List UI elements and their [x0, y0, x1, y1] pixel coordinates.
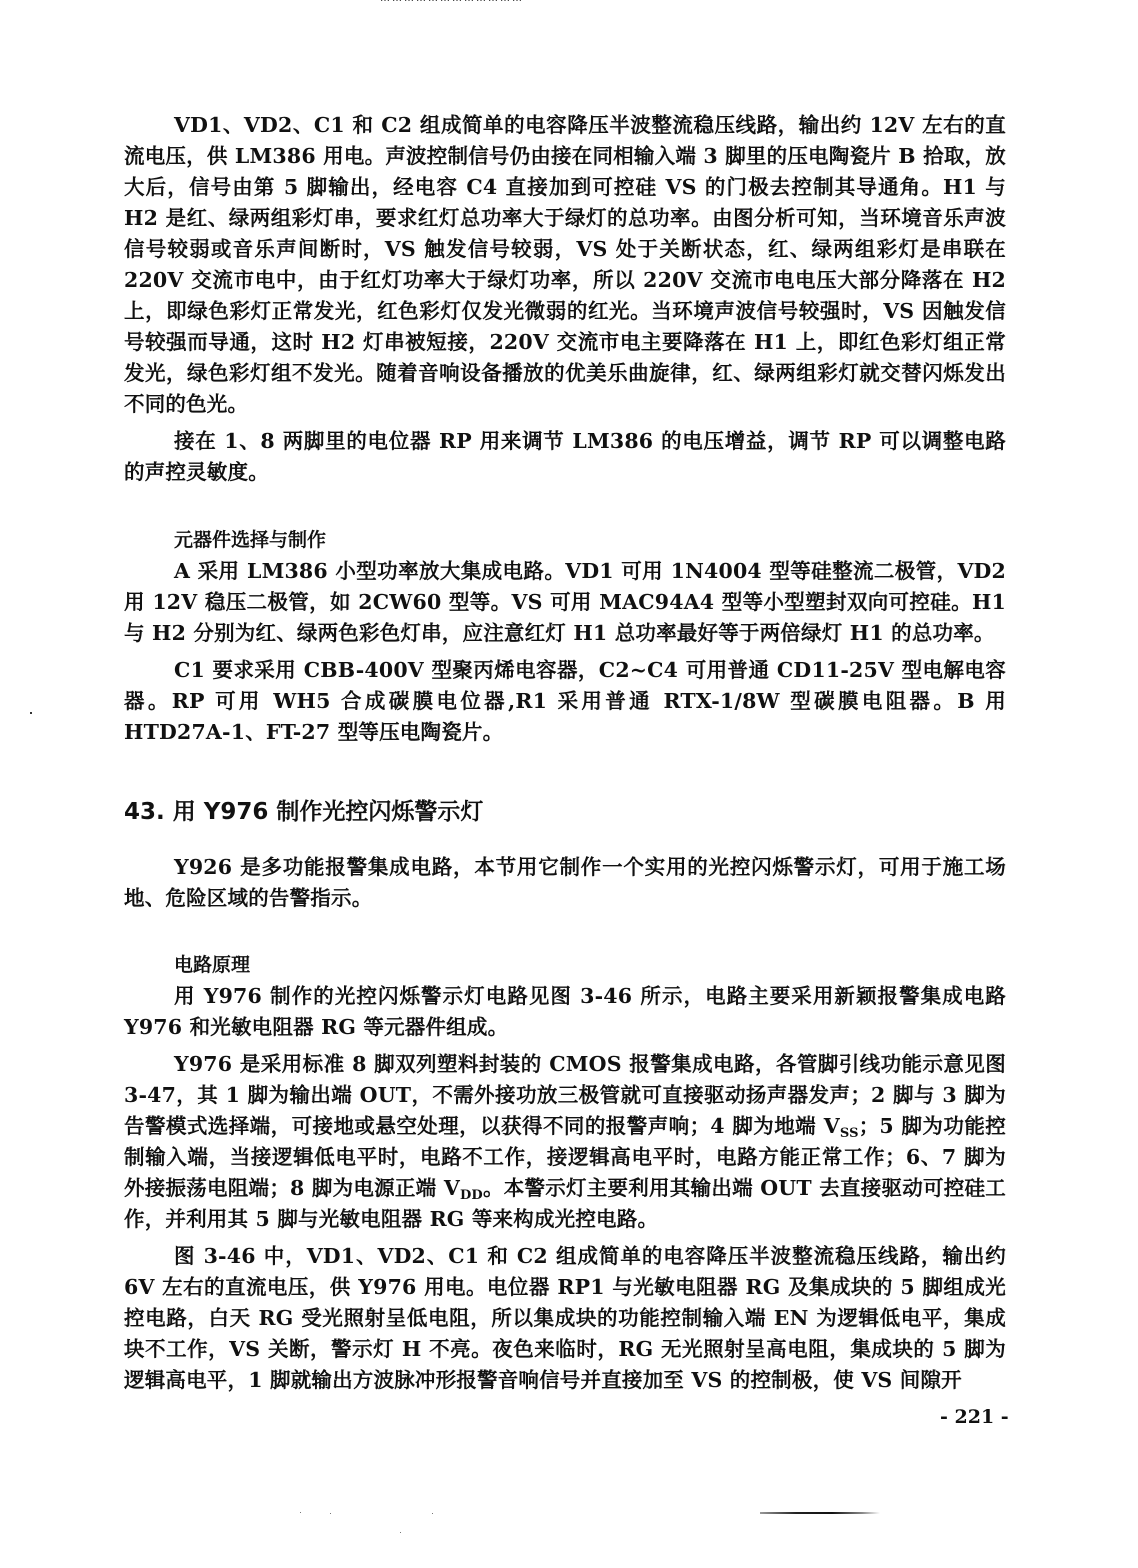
scan-speck	[432, 1513, 433, 1514]
paragraph-components-1: A 采用 LM386 小型功率放大集成电路。VD1 可用 1N4004 型等硅整…	[124, 556, 1006, 649]
paragraph-circuit-3: 图 3-46 中，VD1、VD2、C1 和 C2 组成简单的电容降压半波整流稳压…	[124, 1241, 1006, 1396]
subscript-dd: DD	[460, 1188, 483, 1203]
paragraph-circuit-1: 用 Y976 制作的光控闪烁警示灯电路见图 3-46 所示，电路主要采用新颖报警…	[124, 981, 1006, 1043]
paragraph-intro-2: 接在 1、8 两脚里的电位器 RP 用来调节 LM386 的电压增益，调节 RP…	[124, 426, 1006, 488]
page-number: - 221 -	[940, 1406, 1009, 1428]
subheading-components: 元器件选择与制作	[124, 525, 1006, 556]
paragraph-intro-1: VD1、VD2、C1 和 C2 组成简单的电容降压半波整流稳压线路，输出约 12…	[124, 110, 1006, 420]
scan-speck	[300, 1512, 301, 1513]
scan-speck	[30, 712, 32, 714]
subheading-circuit-principle: 电路原理	[124, 950, 1006, 981]
subscript-ss: SS	[840, 1126, 859, 1141]
scan-smudge-line	[760, 1512, 880, 1514]
page-body: VD1、VD2、C1 和 C2 组成简单的电容降压半波整流稳压线路，输出约 12…	[124, 110, 1006, 1396]
scan-speck	[400, 1532, 401, 1533]
scan-speck	[330, 1513, 331, 1514]
paragraph-circuit-2: Y976 是采用标准 8 脚双列塑料封装的 CMOS 报警集成电路，各管脚引线功…	[124, 1049, 1006, 1235]
paragraph-section43-intro: Y926 是多功能报警集成电路，本节用它制作一个实用的光控闪烁警示灯，可用于施工…	[124, 852, 1006, 914]
paragraph-components-2: C1 要求采用 CBB-400V 型聚丙烯电容器，C2~C4 可用普通 CD11…	[124, 655, 1006, 748]
scan-speck	[655, 1372, 656, 1373]
section-heading-43: 43. 用 Y976 制作光控闪烁警示灯	[124, 796, 1006, 828]
running-header: ………………………………	[380, 0, 710, 4]
